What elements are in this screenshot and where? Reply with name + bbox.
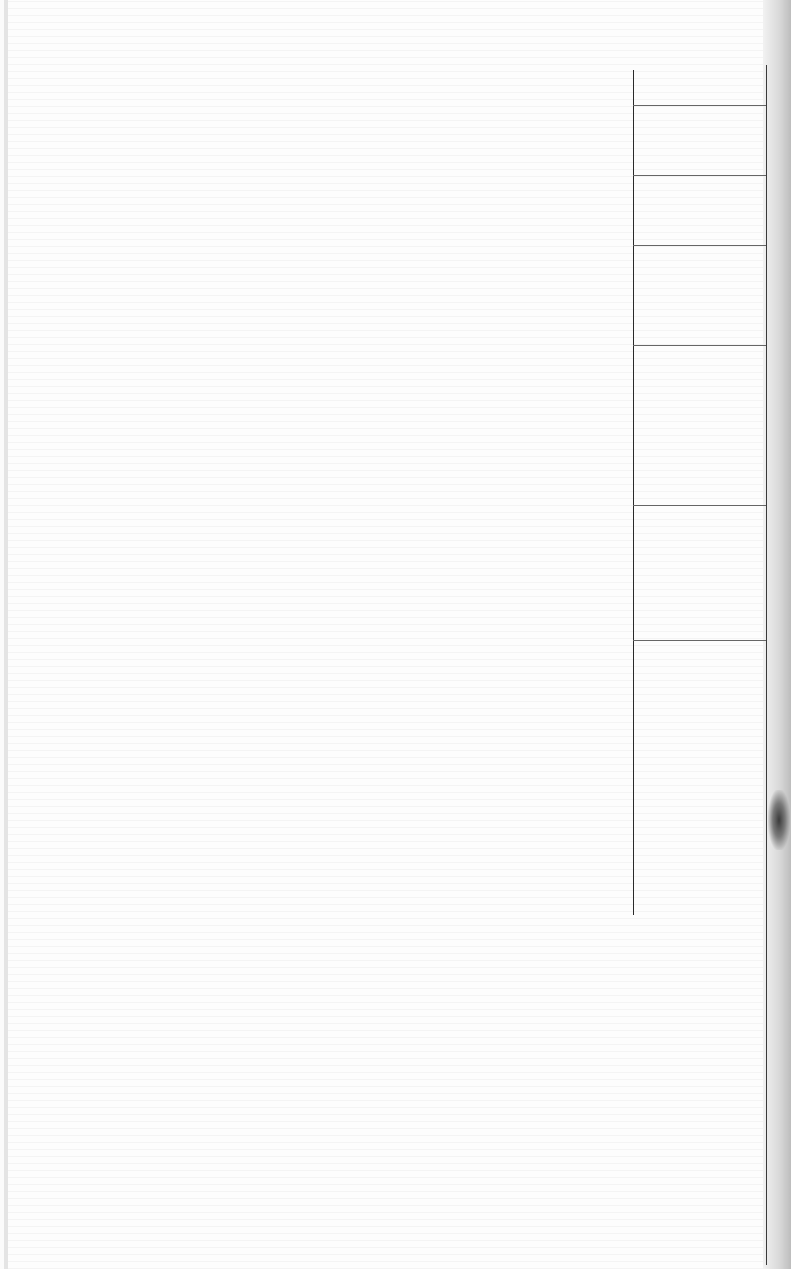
margin-rule bbox=[633, 640, 766, 641]
margin-rule bbox=[633, 505, 766, 506]
scan-left-edge bbox=[4, 0, 8, 1269]
scan-right-edge bbox=[763, 0, 791, 1269]
margin-rule bbox=[633, 345, 766, 346]
margin-rule bbox=[633, 175, 766, 176]
manuscript-page bbox=[4, 0, 791, 1269]
margin-rule bbox=[633, 245, 766, 246]
margin-rule bbox=[633, 105, 766, 106]
margin-column-rule-left bbox=[633, 70, 634, 915]
margin-column-rule-right bbox=[766, 65, 767, 1265]
ink-blot bbox=[768, 790, 790, 850]
